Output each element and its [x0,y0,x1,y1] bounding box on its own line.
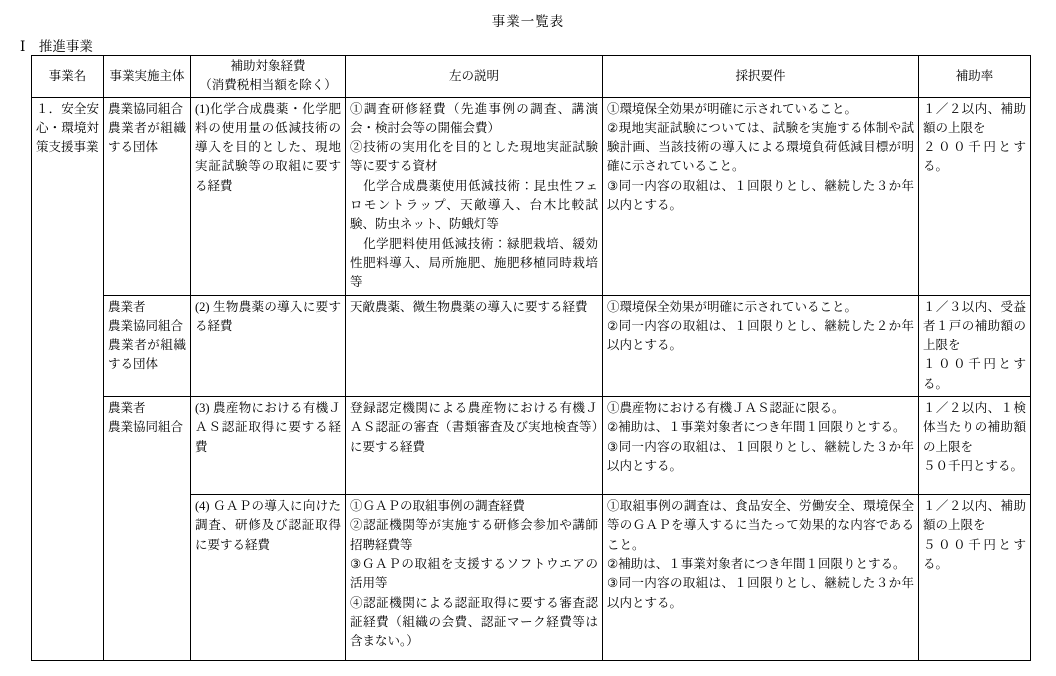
col-header-explanation: 左の説明 [346,56,603,98]
requirements-cell-3: ①農産物における有機ＪＡＳ認証に限る。 ②補助は、１事業対象者につき年間１回限り… [603,397,919,495]
requirements-cell-2: ①環境保全効果が明確に示されていること。 ②同一内容の取組は、１回限りとし、継続… [603,295,919,396]
requirements-cell-4: ①取組事例の調査は、食品安全、労働安全、環境保全等のＧＡＰを導入するに当たって効… [603,495,919,661]
explanation-cell-3: 登録認定機関による農産物における有機ＪＡＳ認証の審査（書類審査及び実地検査等）に… [346,397,603,495]
table-row-3: 農業者 農業協同組合 (3) 農産物における有機ＪＡＳ認証取得に要する経費 登録… [32,397,1031,495]
col-header-requirements: 採択要件 [603,56,919,98]
col-header-project-name: 事業名 [32,56,104,98]
expense-cell-1: (1)化学合成農薬・化学肥料の使用量の低減技術の導入を目的とした、現地実証試験等… [191,97,346,295]
rate-cell-4: １／２以内、補助額の上限を ５００千円とする。 [919,495,1031,661]
project-name-cell: １．安全安心・環境対策支援事業 [32,97,104,660]
entity-cell-3: 農業者 農業協同組合 [104,397,191,661]
requirements-cell-1: ①環境保全効果が明確に示されていること。 ②現地実証試験については、試験を実施す… [603,97,919,295]
rate-cell-1: １／２以内、補助額の上限を ２００千円とする。 [919,97,1031,295]
explanation-cell-2: 天敵農薬、微生物農薬の導入に要する経費 [346,295,603,396]
document-title: 事業一覧表 [0,10,1056,30]
table-row-2: 農業者 農業協同組合 農業者が組織する団体 (2) 生物農薬の導入に要する経費 … [32,295,1031,396]
explanation-cell-1: ①調査研修経費（先進事例の調査、講演会・検討会等の開催会費） ②技術の実用化を目… [346,97,603,295]
table-header-row: 事業名 事業実施主体 補助対象経費 （消費税相当額を除く） 左の説明 採択要件 … [32,56,1031,98]
entity-cell-2: 農業者 農業協同組合 農業者が組織する団体 [104,295,191,396]
expense-cell-2: (2) 生物農薬の導入に要する経費 [191,295,346,396]
project-table: 事業名 事業実施主体 補助対象経費 （消費税相当額を除く） 左の説明 採択要件 … [31,55,1031,661]
entity-cell-1: 農業協同組合 農業者が組織する団体 [104,97,191,295]
col-header-entity: 事業実施主体 [104,56,191,98]
explanation-cell-4: ①ＧＡＰの取組事例の調査経費 ②認証機関等が実施する研修会参加や講師招聘経費等 … [346,495,603,661]
expense-cell-3: (3) 農産物における有機ＪＡＳ認証取得に要する経費 [191,397,346,495]
col-header-expense: 補助対象経費 （消費税相当額を除く） [191,56,346,98]
col-header-rate: 補助率 [919,56,1031,98]
rate-cell-2: １／３以内、受益者１戸の補助額の上限を １００千円とする。 [919,295,1031,396]
table-row-1: １．安全安心・環境対策支援事業 農業協同組合 農業者が組織する団体 (1)化学合… [32,97,1031,295]
document-page: 事業一覧表 Ⅰ 推進事業 事業名 事業実施主体 補助対象経費 （消費税相当額を除… [0,0,1056,676]
rate-cell-3: １／２以内、１検体当たりの補助額の上限を ５０千円とする。 [919,397,1031,495]
expense-cell-4: (4) ＧＡＰの導入に向けた調査、研修及び認証取得に要する経費 [191,495,346,661]
section-heading: Ⅰ 推進事業 [20,35,93,55]
